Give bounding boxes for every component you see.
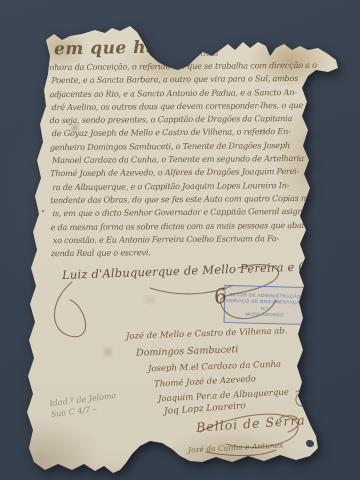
stamp-text-line: SERVIÇO DE DOCUMENTAÇÃO [226, 298, 304, 305]
wormhole [305, 439, 315, 448]
ink-speck [42, 210, 44, 212]
torn-text-fragment: uba [200, 48, 219, 59]
manuscript-line: zenda Real que o escrevi. [51, 246, 313, 262]
ink-speck [25, 207, 27, 209]
closing-scribble: Jozé da Cunha e Antunes [188, 441, 283, 455]
stamp-text-line: N.º [261, 305, 269, 311]
manuscript-page: em que ha de co uba nhora da Conceição, … [0, 0, 360, 480]
ink-speck [32, 152, 35, 154]
witness-signature: Thomé Jozé de Azevedo [154, 374, 256, 389]
ornate-signature: Belloi de Serra [196, 412, 307, 435]
witness-signature: Jozé de Mello e Castro de Vilhena ab. [126, 326, 288, 342]
witness-signature: Joseph M.el Cardozo da Cunha [148, 360, 281, 375]
witness-signature: Domingos Sambuceti [136, 344, 239, 359]
manuscript-body: nhora da Conceição, o referido em que se… [49, 60, 313, 262]
paper-shadow: em que ha de co uba nhora da Conceição, … [0, 0, 360, 480]
manuscript-heading: em que ha de co [54, 37, 217, 60]
photo-backdrop: em que ha de co uba nhora da Conceição, … [0, 0, 360, 480]
pencil-annotation: Idad.º de Jeloma Sua C 4/7 – [49, 390, 118, 420]
governor-signature: Luiz d'Albuquerque de Mello Pereira e Ca… [62, 258, 347, 282]
archive-stamp: SETOR DE ADMINISTRAÇÃO SERVIÇO DE DOCUME… [224, 285, 307, 325]
stamp-text-line: MATO GROSSO [245, 311, 284, 317]
witness-signature: Joq Lopz Loureiro [164, 401, 246, 417]
